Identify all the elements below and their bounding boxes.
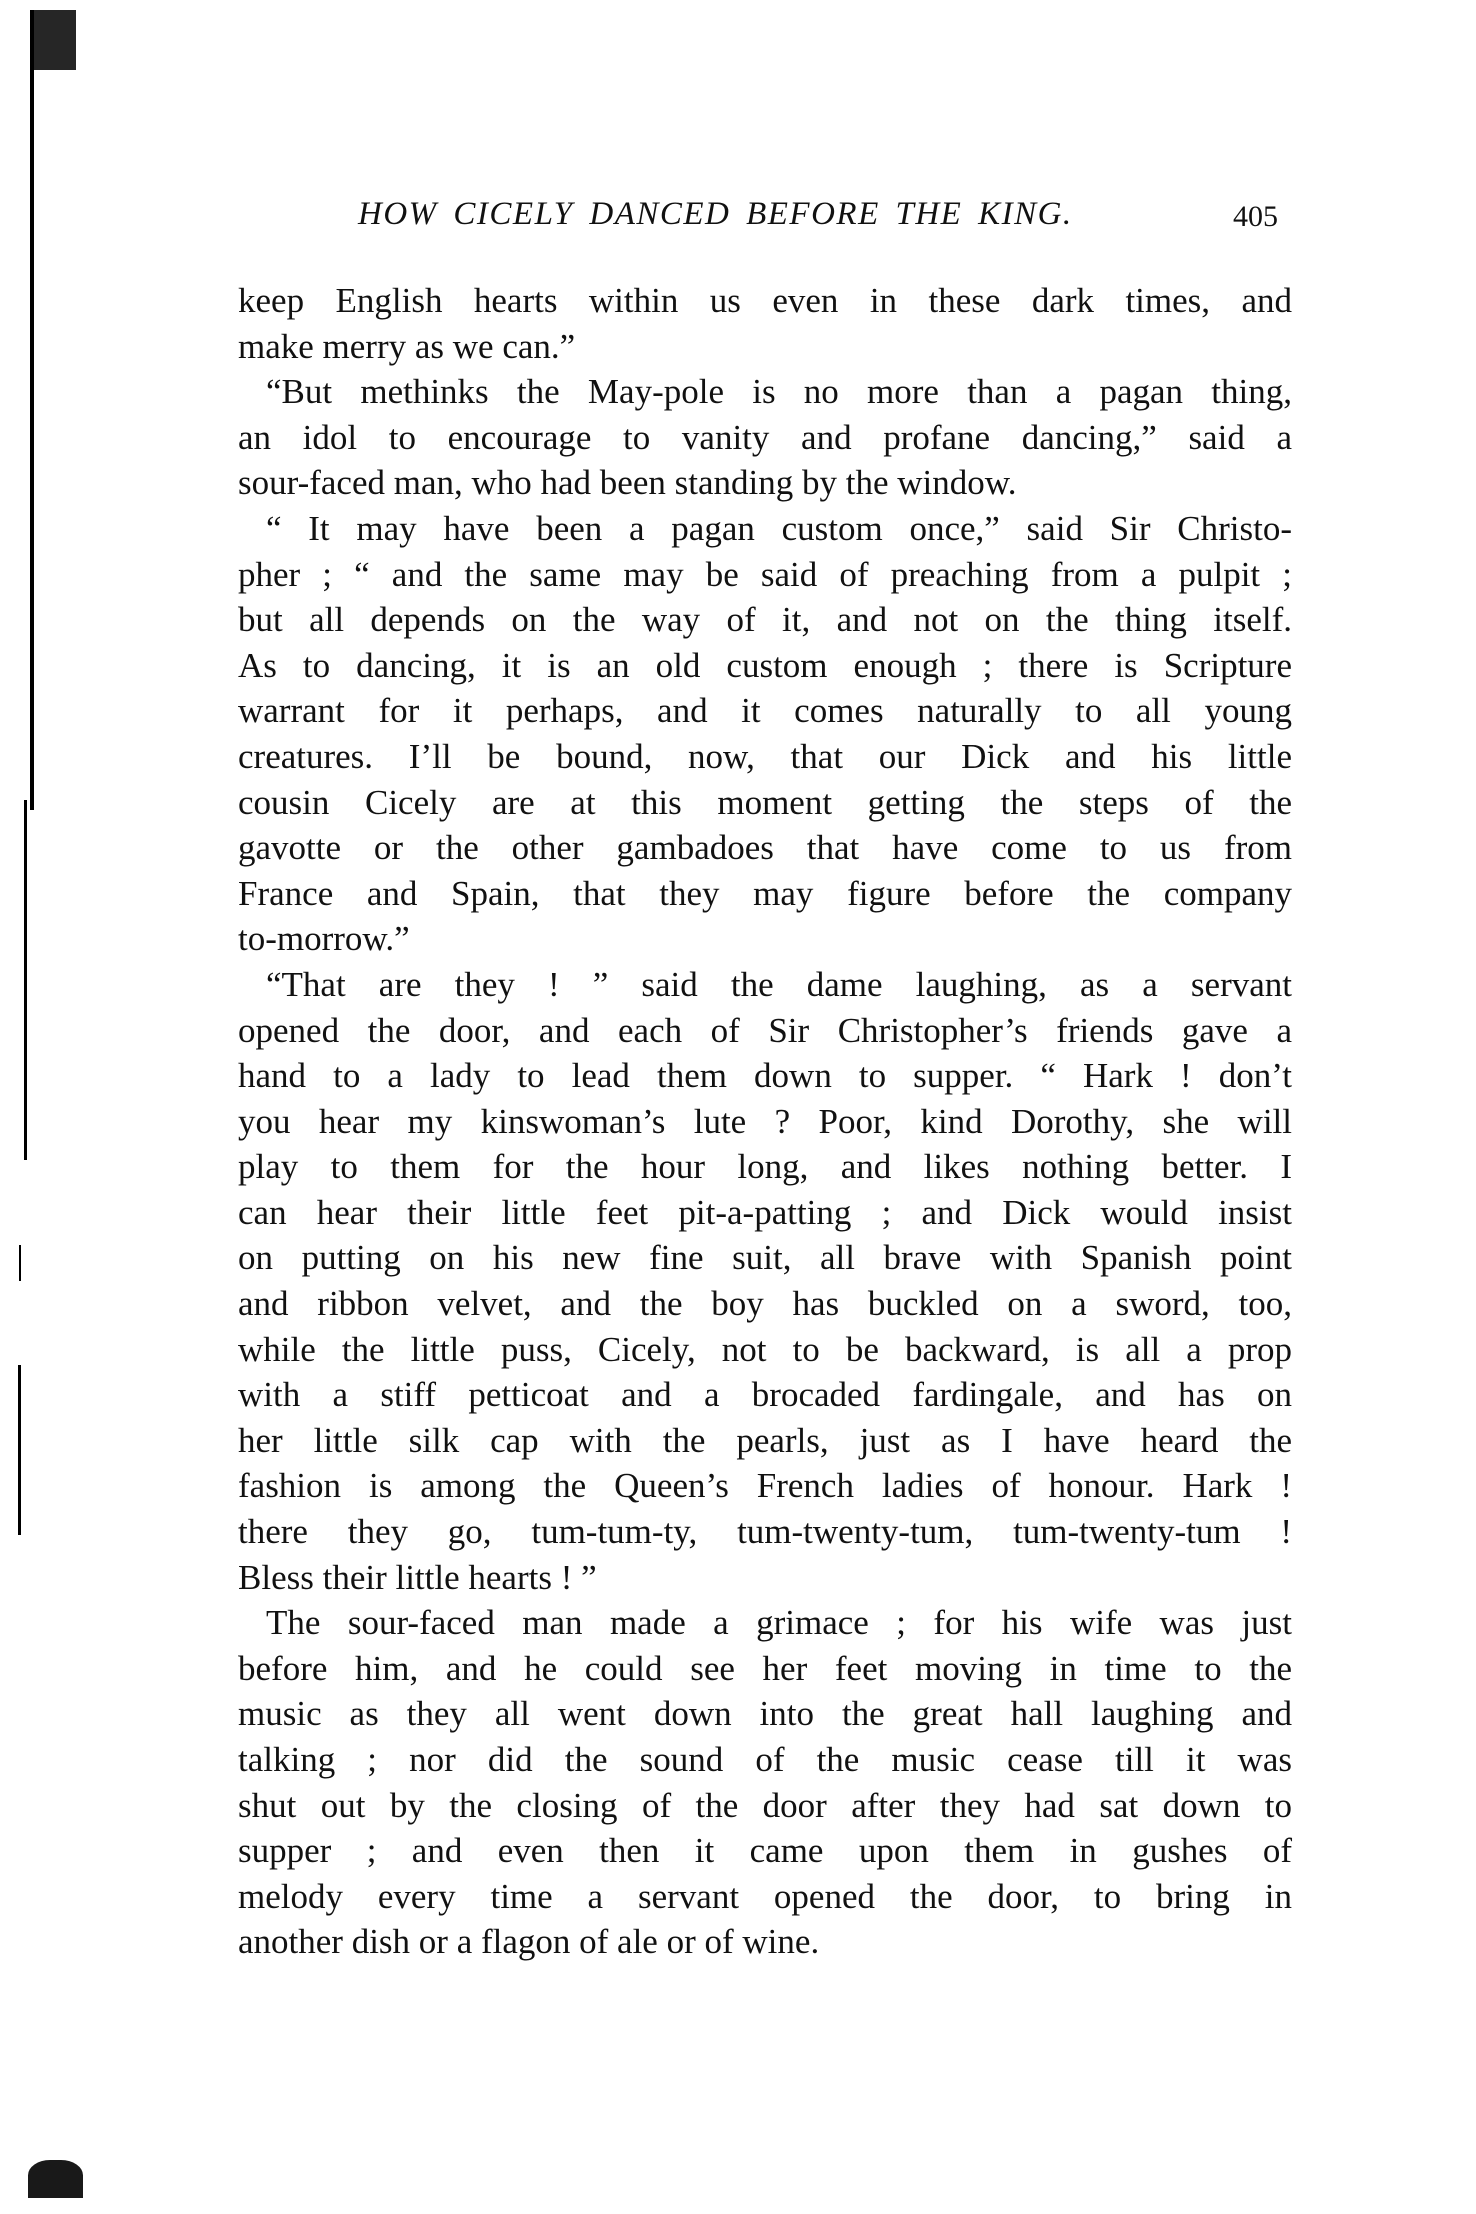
binding-edge-line	[30, 10, 34, 810]
text-line: but all depends on the way of it, and no…	[238, 597, 1292, 643]
text-line: to-morrow.”	[238, 916, 1292, 962]
text-line: on putting on his new fine suit, all bra…	[238, 1235, 1292, 1281]
text-line: can hear their little feet pit-a-patting…	[238, 1190, 1292, 1236]
text-line: opened the door, and each of Sir Christo…	[238, 1008, 1292, 1054]
text-line: gavotte or the other gambadoes that have…	[238, 825, 1292, 871]
binding-edge-mark	[19, 1245, 21, 1281]
text-line: “ It may have been a pagan custom once,”…	[238, 506, 1292, 552]
text-line: Bless their little hearts ! ”	[238, 1555, 1292, 1601]
text-line: cousin Cicely are at this moment getting…	[238, 780, 1292, 826]
text-line: her little silk cap with the pearls, jus…	[238, 1418, 1292, 1464]
scan-artifact-top	[34, 10, 76, 70]
text-line: you hear my kinswoman’s lute ? Poor, kin…	[238, 1099, 1292, 1145]
running-header: HOW CICELY DANCED BEFORE THE KING. 405	[358, 196, 1298, 246]
text-line: music as they all went down into the gre…	[238, 1691, 1292, 1737]
binding-edge-line	[24, 800, 27, 1160]
body-text: keep English hearts within us even in th…	[238, 278, 1292, 1965]
scanned-book-page: HOW CICELY DANCED BEFORE THE KING. 405 k…	[0, 0, 1476, 2214]
text-line: play to them for the hour long, and like…	[238, 1144, 1292, 1190]
text-line: “But methinks the May-pole is no more th…	[238, 369, 1292, 415]
text-line: warrant for it perhaps, and it comes nat…	[238, 688, 1292, 734]
text-line: with a stiff petticoat and a brocaded fa…	[238, 1372, 1292, 1418]
text-line: The sour-faced man made a grimace ; for …	[238, 1600, 1292, 1646]
text-line: fashion is among the Queen’s French ladi…	[238, 1463, 1292, 1509]
text-line: “That are they ! ” said the dame laughin…	[238, 962, 1292, 1008]
text-line: another dish or a flagon of ale or of wi…	[238, 1919, 1292, 1965]
text-line: As to dancing, it is an old custom enoug…	[238, 643, 1292, 689]
text-line: hand to a lady to lead them down to supp…	[238, 1053, 1292, 1099]
text-line: supper ; and even then it came upon them…	[238, 1828, 1292, 1874]
text-line: before him, and he could see her feet mo…	[238, 1646, 1292, 1692]
text-line: talking ; nor did the sound of the music…	[238, 1737, 1292, 1783]
running-title: HOW CICELY DANCED BEFORE THE KING.	[358, 196, 1073, 233]
text-line: melody every time a servant opened the d…	[238, 1874, 1292, 1920]
text-line: France and Spain, that they may figure b…	[238, 871, 1292, 917]
text-line: pher ; “ and the same may be said of pre…	[238, 552, 1292, 598]
text-line: while the little puss, Cicely, not to be…	[238, 1327, 1292, 1373]
text-line: shut out by the closing of the door afte…	[238, 1783, 1292, 1829]
scan-artifact-bottom	[28, 2160, 83, 2198]
page-number: 405	[1233, 200, 1278, 234]
text-line: keep English hearts within us even in th…	[238, 278, 1292, 324]
text-line: sour-faced man, who had been standing by…	[238, 460, 1292, 506]
binding-edge-line	[18, 1365, 21, 1535]
text-line: and ribbon velvet, and the boy has buckl…	[238, 1281, 1292, 1327]
text-line: an idol to encourage to vanity and profa…	[238, 415, 1292, 461]
text-line: there they go, tum-tum-ty, tum-twenty-tu…	[238, 1509, 1292, 1555]
text-line: make merry as we can.”	[238, 324, 1292, 370]
text-line: creatures. I’ll be bound, now, that our …	[238, 734, 1292, 780]
